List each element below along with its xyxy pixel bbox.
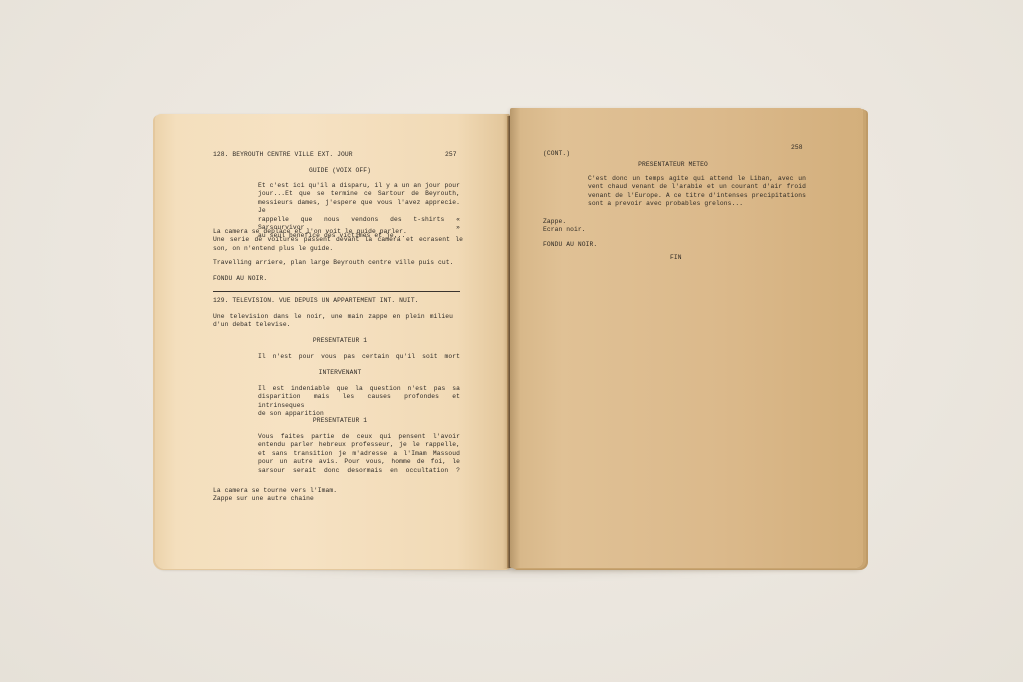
character-intervenant: INTERVENANT (155, 369, 525, 377)
action-line: Une serie de voitures passent devant la … (213, 236, 463, 244)
action-line: Zappe sur une autre chaine (213, 495, 463, 503)
intervenant-dialogue: Il est indeniable que la question n'est … (258, 385, 460, 419)
presentateur-1-b-dialogue: Vous faites partie de ceux qui pensent l… (258, 433, 460, 475)
cont-label: (CONT.) (543, 150, 570, 158)
dialogue-line: et sans transition je m'adresse a l'Imam… (258, 450, 460, 458)
dialogue-line: Il n'est pour vous pas certain qu'il soi… (258, 353, 460, 361)
dialogue-line: sont a prevoir avec probables grelons... (588, 200, 806, 208)
scene-divider (213, 291, 460, 292)
dialogue-line: vent chaud venant de l'arabie et un cour… (588, 183, 806, 191)
action-line: Zappe. (543, 218, 743, 226)
dialogue-line: entendu parler hebreux professeur, je le… (258, 441, 460, 449)
action-line: Une television dans le noir, une main za… (213, 313, 453, 321)
action-line: son, on n'entend plus le guide. (213, 245, 463, 253)
action-line: La camera se tourne vers l'Imam. (213, 487, 463, 495)
transition-fondu-2: FONDU AU NOIR. (543, 241, 597, 249)
action-block-1: La camera se deplace et l'on voit le gui… (213, 228, 463, 253)
action-block-5: Zappe. Ecran noir. (543, 218, 743, 235)
dialogue-line: venant de l'Europe. A ce titre d'intense… (588, 192, 806, 200)
dialogue-line: Il est indeniable que la question n'est … (258, 385, 460, 393)
scene-heading-128: 128. BEYROUTH CENTRE VILLE EXT. JOUR (213, 151, 353, 159)
dialogue-line: messieurs dames, j'espere que vous l'ave… (258, 199, 460, 216)
dialogue-line: Vous faites partie de ceux qui pensent l… (258, 433, 460, 441)
dialogue-line: pour un autre avis. Pour vous, homme de … (258, 458, 460, 466)
transition-fondu-1: FONDU AU NOIR. (213, 275, 267, 283)
dialogue-line: Et c'est ici qu'il a disparu, il y a un … (258, 182, 460, 190)
page-number-left: 257 (445, 151, 457, 159)
scene-heading-129: 129. TELEVISION. VUE DEPUIS UN APPARTEME… (213, 297, 419, 305)
page-number-right: 258 (791, 144, 803, 152)
action-line: La camera se deplace et l'on voit le gui… (213, 228, 463, 236)
right-page: (CONT.) 258 PRESENTATEUR METEO C'est don… (510, 108, 863, 568)
dialogue-line: sarsour serait donc desormais en occulta… (258, 467, 460, 475)
dialogue-line: jour...Et que se termine ce Sartour de B… (258, 190, 460, 198)
character-presentateur-1: PRESENTATEUR 1 (155, 337, 525, 345)
action-block-4: La camera se tourne vers l'Imam. Zappe s… (213, 487, 463, 504)
action-block-2: Travelling arriere, plan large Beyrouth … (213, 259, 453, 267)
meteo-dialogue: C'est donc un temps agite qui attend le … (588, 175, 806, 209)
action-line: Ecran noir. (543, 226, 743, 234)
presentateur-1-dialogue: Il n'est pour vous pas certain qu'il soi… (258, 353, 460, 361)
character-guide: GUIDE (VOIX OFF) (155, 167, 525, 175)
action-block-3: Une television dans le noir, une main za… (213, 313, 453, 330)
dialogue-line: C'est donc un temps agite qui attend le … (588, 175, 806, 183)
end-label: FIN (670, 254, 682, 262)
character-presentateur-1-b: PRESENTATEUR 1 (155, 417, 525, 425)
character-presentateur-meteo: PRESENTATEUR METEO (583, 161, 763, 169)
left-page: 128. BEYROUTH CENTRE VILLE EXT. JOUR 257… (155, 114, 510, 569)
dialogue-line: disparition mais les causes profondes et… (258, 393, 460, 410)
action-line: d'un debat televise. (213, 321, 453, 329)
